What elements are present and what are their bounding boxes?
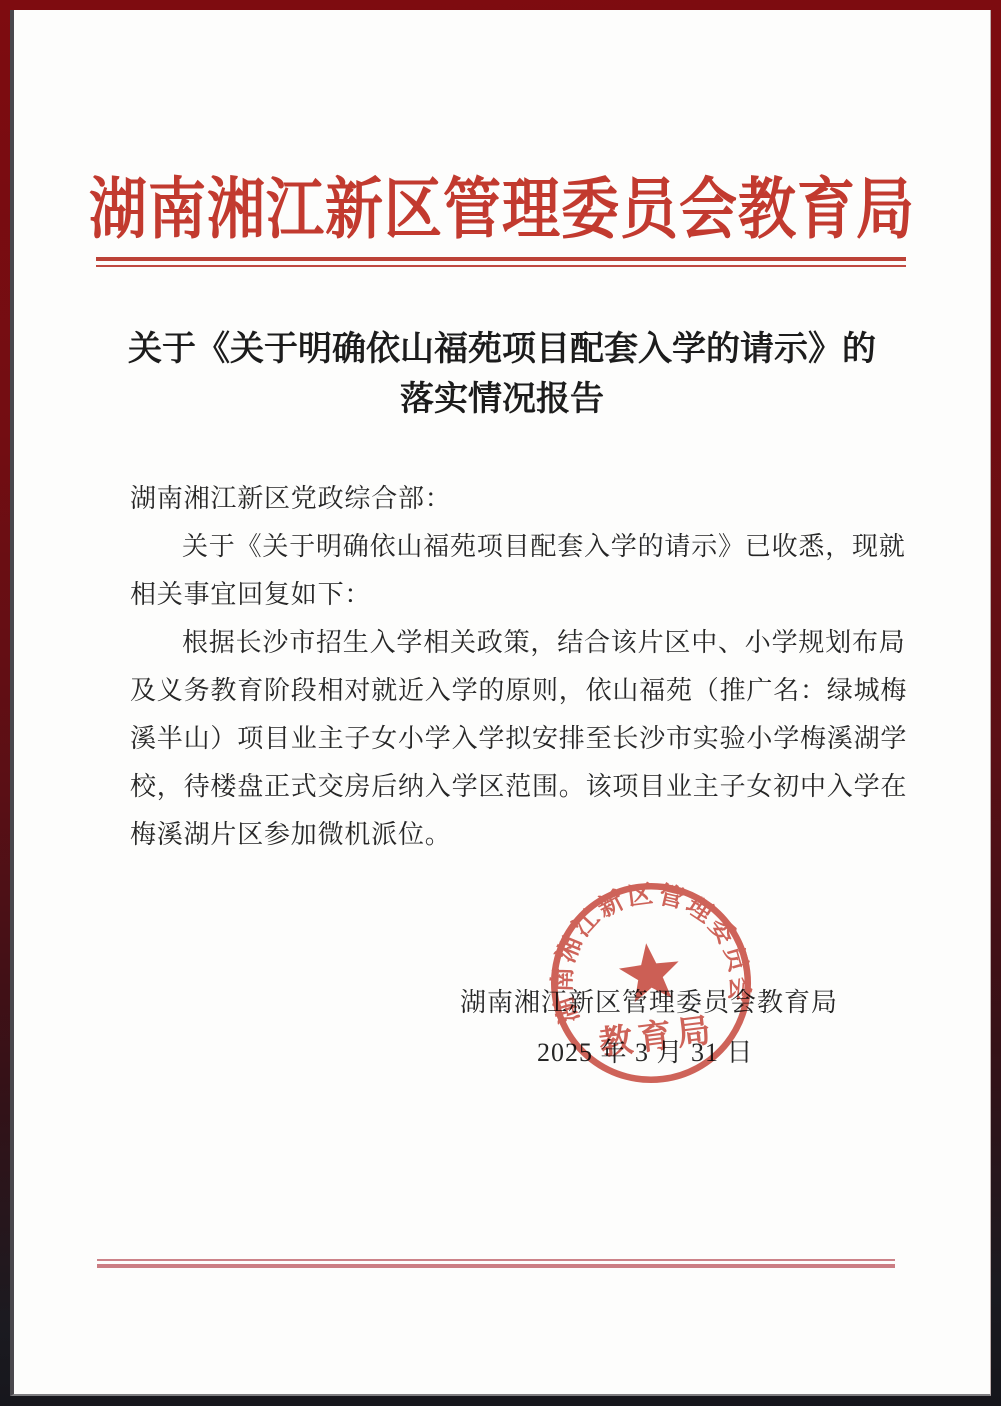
paragraph-2-line-2: 及义务教育阶段相对就近入学的原则，依山福苑（推广名：绿城梅 xyxy=(130,667,886,715)
issuing-authority-signature: 湖南湘江新区管理委员会教育局 xyxy=(460,982,838,1019)
document-title-line-2: 落实情况报告 xyxy=(14,375,990,425)
salutation: 湖南湘江新区党政综合部： xyxy=(130,475,886,523)
document-title-line-1: 关于《关于明确依山福苑项目配套入学的请示》的 xyxy=(14,325,990,375)
letterhead-divider-thin-line xyxy=(96,265,906,267)
letterhead-divider xyxy=(96,257,906,267)
document-page: 湖南湘江新区管理委员会教育局 关于《关于明确依山福苑项目配套入学的请示》的 落实… xyxy=(10,10,991,1396)
document-body: 湖南湘江新区党政综合部： 关于《关于明确依山福苑项目配套入学的请示》已收悉，现就… xyxy=(130,475,886,859)
letterhead-title: 湖南湘江新区管理委员会教育局 xyxy=(14,155,990,252)
document-title: 关于《关于明确依山福苑项目配套入学的请示》的 落实情况报告 xyxy=(14,325,990,425)
photo-frame-border: 湖南湘江新区管理委员会教育局 关于《关于明确依山福苑项目配套入学的请示》的 落实… xyxy=(0,0,1001,1406)
paragraph-2-line-4: 校，待楼盘正式交房后纳入学区范围。该项目业主子女初中入学在 xyxy=(130,763,886,811)
document-date: 2025 年 3 月 31 日 xyxy=(537,1032,754,1069)
paragraph-2-line-3: 溪半山）项目业主子女小学入学拟安排至长沙市实验小学梅溪湖学 xyxy=(130,715,886,763)
paragraph-2-line-1: 根据长沙市招生入学相关政策，结合该片区中、小学规划布局 xyxy=(130,619,886,667)
paragraph-2-line-5: 梅溪湖片区参加微机派位。 xyxy=(130,811,886,859)
footer-divider-thick-line xyxy=(97,1264,895,1268)
paragraph-1-line-1: 关于《关于明确依山福苑项目配套入学的请示》已收悉，现就 xyxy=(130,523,886,571)
footer-divider xyxy=(97,1259,895,1268)
paragraph-1-line-2: 相关事宜回复如下： xyxy=(130,571,886,619)
